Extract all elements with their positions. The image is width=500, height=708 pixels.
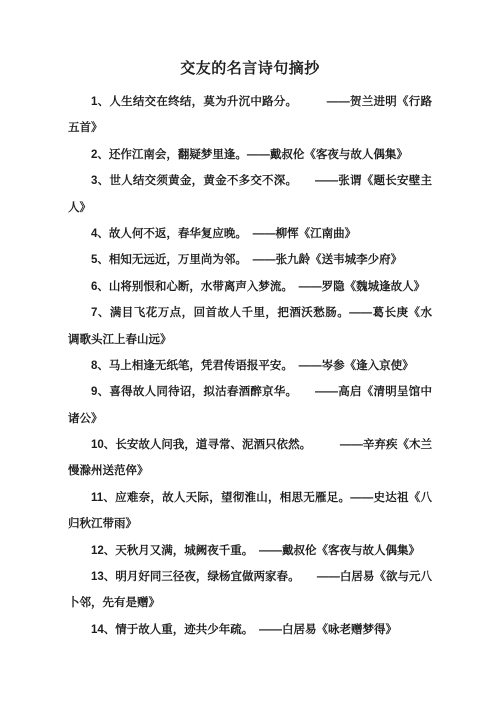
quote-list: 1、人生结交在终结，莫为升沉中路分。 ——贺兰进明《行路难五首》2、还作江南会，… [0,89,500,643]
quote-line: 人》 [68,195,432,221]
quote-line: 9、喜得故人同待诏，拟沽春酒醉京华。 ——高启《清明呈馆中 [68,379,432,405]
quote-line: 诸公》 [68,406,432,432]
quote-line: 归秋江带雨》 [68,511,432,537]
quote-line: 卜邻，先有是赠》 [68,590,432,616]
quote-line: 8、马上相逢无纸笔，凭君传语报平安。 ——岑参《逢入京使》 [68,353,432,379]
quote-line: 7、满目飞花万点，回首故人千里，把酒沃愁肠。——葛长庚《水 [68,300,432,326]
quote-line: 2、还作江南会，翻疑梦里逢。——戴叔伦《客夜与故人偶集》 [68,142,432,168]
document-title: 交友的名言诗句摘抄 [0,0,500,80]
quote-line: 13、明月好同三径夜，绿杨宜做两家春。 ——白居易《欲与元八 [68,564,432,590]
quote-line: 11、应难奈，故人天际，望彻淮山，相思无雁足。——史达祖《八 [68,485,432,511]
quote-line: 1、人生结交在终结，莫为升沉中路分。 ——贺兰进明《行路难 [68,89,432,115]
quote-line: 6、山将别恨和心断，水带离声入梦流。 ——罗隐《魏城逢故人》 [68,274,432,300]
quote-line: 10、长安故人问我，道寻常、泥酒只依然。 ——辛弃疾《木兰花 [68,432,432,458]
quote-line: 五首》 [68,115,432,141]
quote-line: 4、故人何不返，春华复应晚。 ——柳恽《江南曲》 [68,221,432,247]
document-page: 交友的名言诗句摘抄 1、人生结交在终结，莫为升沉中路分。 ——贺兰进明《行路难五… [0,0,500,708]
quote-line: 3、世人结交须黄金，黄金不多交不深。 ——张谓《题长安壁主 [68,168,432,194]
quote-line: 12、天秋月又满，城阙夜千重。 ——戴叔伦《客夜与故人偶集》 [68,538,432,564]
quote-line: 慢滁州送范倅》 [68,458,432,484]
quote-line: 5、相知无远近，万里尚为邻。 ——张九龄《送韦城李少府》 [68,247,432,273]
quote-line: 14、情于故人重，迹共少年疏。 ——白居易《咏老赠梦得》 [68,617,432,643]
quote-line: 调歌头江上春山远》 [68,327,432,353]
